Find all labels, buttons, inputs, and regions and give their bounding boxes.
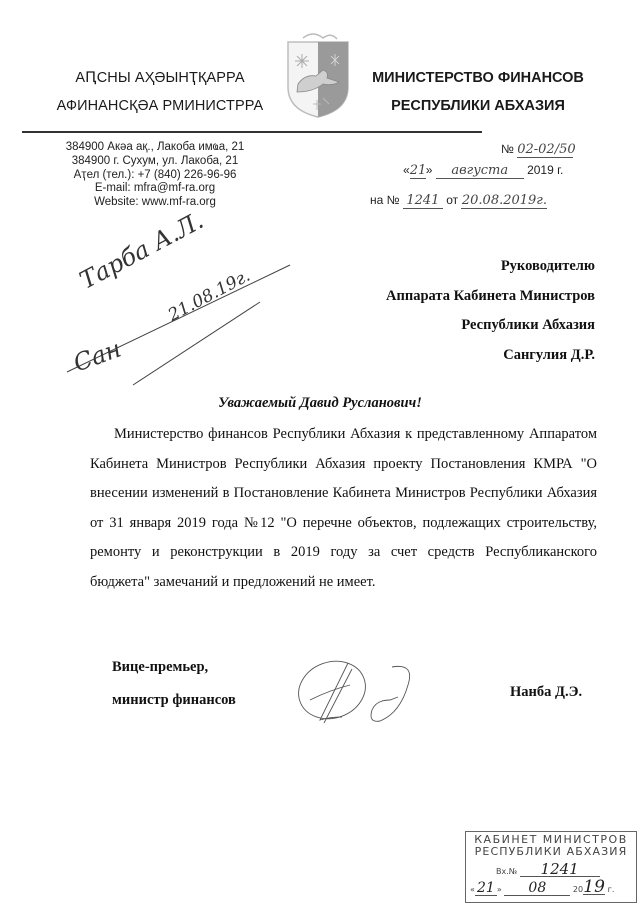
outgoing-date: «21» августа 2019 г. xyxy=(403,163,563,179)
header-divider xyxy=(22,131,482,133)
reference-number: на № 1241 от 20.08.2019г. xyxy=(370,193,547,209)
stamp-number-row: Вх.№ 1241 xyxy=(496,862,600,877)
stamp-title-line2: РЕСПУБЛИКИ АБХАЗИЯ xyxy=(466,846,636,858)
stamp-year-suffix: г. xyxy=(608,885,615,894)
stamp-date-row: «21» 08 2019 г. xyxy=(470,880,614,896)
stamp-year: 19 xyxy=(583,880,605,895)
letterhead-abkhaz: АԤСНЫ АҲӘЫНҬҚАРРА АФИНАНСҚӘА РМИНИСТРРА xyxy=(40,64,280,120)
stamp-number-value: 1241 xyxy=(520,862,600,877)
date-year: 2019 г. xyxy=(527,163,563,177)
ref-prefix: на № xyxy=(370,193,400,207)
date-month: августа xyxy=(436,164,524,179)
ref-from: от xyxy=(446,193,458,207)
coat-of-arms-icon xyxy=(283,12,353,119)
outgoing-number-value: 02-02/50 xyxy=(517,143,573,158)
ref-date-value: 20.08.2019г. xyxy=(461,194,547,209)
contact-website: Website: www.mf-ra.org xyxy=(50,196,260,210)
stamp-month: 08 xyxy=(504,881,570,896)
letter-body-paragraph: Министерство финансов Республики Абхазия… xyxy=(90,420,597,597)
letterhead-russian-line2: РЕСПУБЛИКИ АБХАЗИЯ xyxy=(358,92,598,120)
letterhead-abkhaz-line1: АԤСНЫ АҲӘЫНҬҚАРРА xyxy=(40,64,280,92)
addressee-country: Республики Абхазия xyxy=(386,311,595,341)
contact-phone: Аҭел (тел.): +7 (840) 226-96-96 xyxy=(50,169,260,183)
stamp-year-prefix: 20 xyxy=(573,885,583,894)
contact-address-russian: 384900 г. Сухум, ул. Лакоба, 21 xyxy=(50,155,260,169)
signatory-title-line2: министр финансов xyxy=(112,684,236,717)
letter-body: Министерство финансов Республики Абхазия… xyxy=(90,420,597,597)
outgoing-number: № 02-02/50 xyxy=(501,142,573,158)
ref-number-value: 1241 xyxy=(403,194,443,209)
number-prefix: № xyxy=(501,142,514,156)
handwritten-signature xyxy=(290,655,430,730)
signatory-name: Нанба Д.Э. xyxy=(510,684,582,701)
signatory-title-line1: Вице-премьер, xyxy=(112,651,236,684)
contact-email: E-mail: mfra@mf-ra.org xyxy=(50,182,260,196)
addressee-position: Руководителю xyxy=(386,252,595,282)
quote-open: « xyxy=(403,163,410,177)
handwritten-resolution: Тарба А.Л. 21.08.19г. Сан xyxy=(55,220,315,395)
incoming-registration-stamp: КАБИНЕТ МИНИСТРОВ РЕСПУБЛИКИ АБХАЗИЯ Вх.… xyxy=(465,831,637,903)
quote-close: » xyxy=(426,163,433,177)
stamp-number-prefix: Вх.№ xyxy=(496,867,517,876)
letter-greeting: Уважаемый Давид Русланович! xyxy=(0,395,640,412)
letterhead-russian: МИНИСТЕРСТВО ФИНАНСОВ РЕСПУБЛИКИ АБХАЗИЯ xyxy=(358,64,598,120)
contact-block: 384900 Акәа ақ., Лакоба имҩа, 21 384900 … xyxy=(50,141,260,210)
addressee-block: Руководителю Аппарата Кабинета Министров… xyxy=(386,252,595,370)
stamp-day: 21 xyxy=(475,881,497,896)
date-day: 21 xyxy=(410,164,426,179)
contact-address-abkhaz: 384900 Акәа ақ., Лакоба имҩа, 21 xyxy=(50,141,260,155)
signatory-title: Вице-премьер, министр финансов xyxy=(112,651,236,716)
letterhead-russian-line1: МИНИСТЕРСТВО ФИНАНСОВ xyxy=(358,64,598,92)
addressee-organization: Аппарата Кабинета Министров xyxy=(386,282,595,312)
letterhead-abkhaz-line2: АФИНАНСҚӘА РМИНИСТРРА xyxy=(40,92,280,120)
addressee-name: Сангулия Д.Р. xyxy=(386,341,595,371)
